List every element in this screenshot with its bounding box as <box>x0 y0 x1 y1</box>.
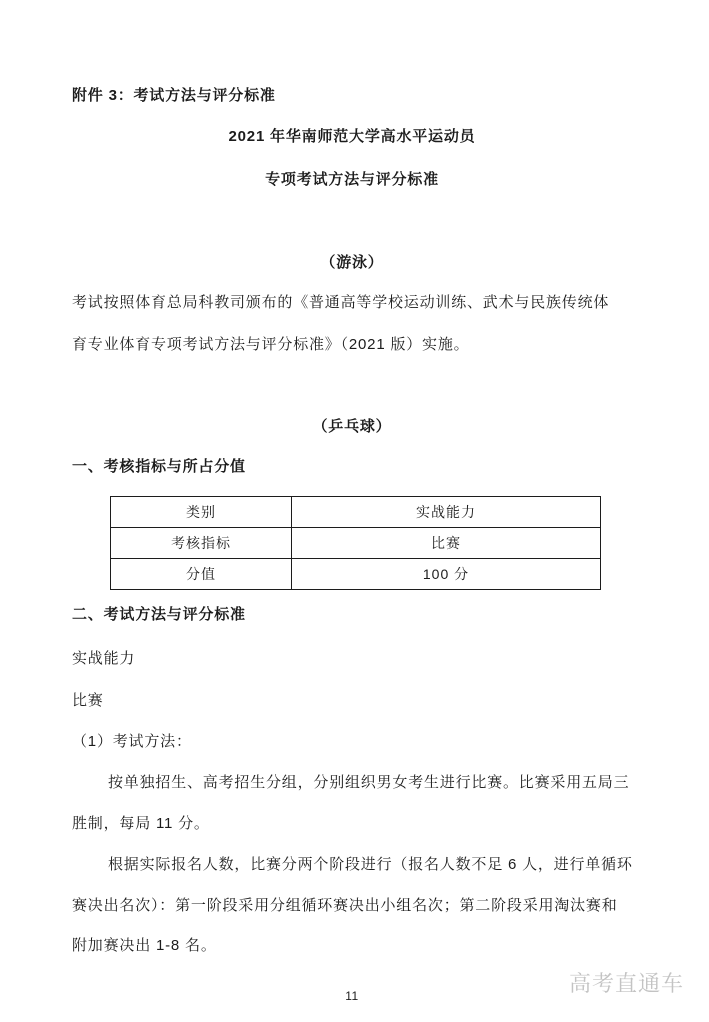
attachment-heading: 附件 3：考试方法与评分标准 <box>72 87 276 105</box>
ability-label: 实战能力 <box>72 650 135 668</box>
section1-heading: 一、考核指标与所占分值 <box>72 458 246 476</box>
table-row: 分值 100 分 <box>111 559 601 590</box>
section2-heading: 二、考试方法与评分标准 <box>72 606 246 624</box>
doc-title-line2: 专项考试方法与评分标准 <box>72 171 632 189</box>
table-cell-value: 实战能力 <box>292 497 601 528</box>
match-label: 比赛 <box>72 692 104 710</box>
table-cell-value: 比赛 <box>292 528 601 559</box>
paragraph1-line1: 按单独招生、高考招生分组，分别组织男女考生进行比赛。比赛采用五局三 <box>108 774 629 792</box>
table-cell-label: 分值 <box>111 559 292 590</box>
swimming-section-heading: （游泳） <box>72 254 632 272</box>
paragraph2-line2: 赛决出名次）：第一阶段采用分组循环赛决出小组名次；第二阶段采用淘汰赛和 <box>72 897 618 915</box>
table-row: 考核指标 比赛 <box>111 528 601 559</box>
document-page: 附件 3：考试方法与评分标准 2021 年华南师范大学高水平运动员 专项考试方法… <box>0 0 709 1022</box>
paragraph2-line3: 附加赛决出 1-8 名。 <box>72 937 217 955</box>
table-row: 类别 实战能力 <box>111 497 601 528</box>
swimming-body-line2: 育专业体育专项考试方法与评分标准》（2021 版）实施。 <box>72 336 469 354</box>
paragraph2-line1: 根据实际报名人数，比赛分两个阶段进行（报名人数不足 6 人，进行单循环 <box>108 856 633 874</box>
table-tennis-section-heading: （乒乓球） <box>72 418 632 436</box>
watermark-text: 高考直通车 <box>569 967 684 998</box>
method-heading: （1）考试方法： <box>72 733 192 751</box>
table-cell-value: 100 分 <box>292 559 601 590</box>
table-cell-label: 考核指标 <box>111 528 292 559</box>
paragraph1-line2: 胜制，每局 11 分。 <box>72 815 210 833</box>
page-number: 11 <box>72 989 632 1003</box>
table-cell-label: 类别 <box>111 497 292 528</box>
swimming-body-line1: 考试按照体育总局科教司颁布的《普通高等学校运动训练、武术与民族传统体 <box>72 294 609 312</box>
doc-title-line1: 2021 年华南师范大学高水平运动员 <box>72 128 632 146</box>
score-table: 类别 实战能力 考核指标 比赛 分值 100 分 <box>110 496 601 590</box>
